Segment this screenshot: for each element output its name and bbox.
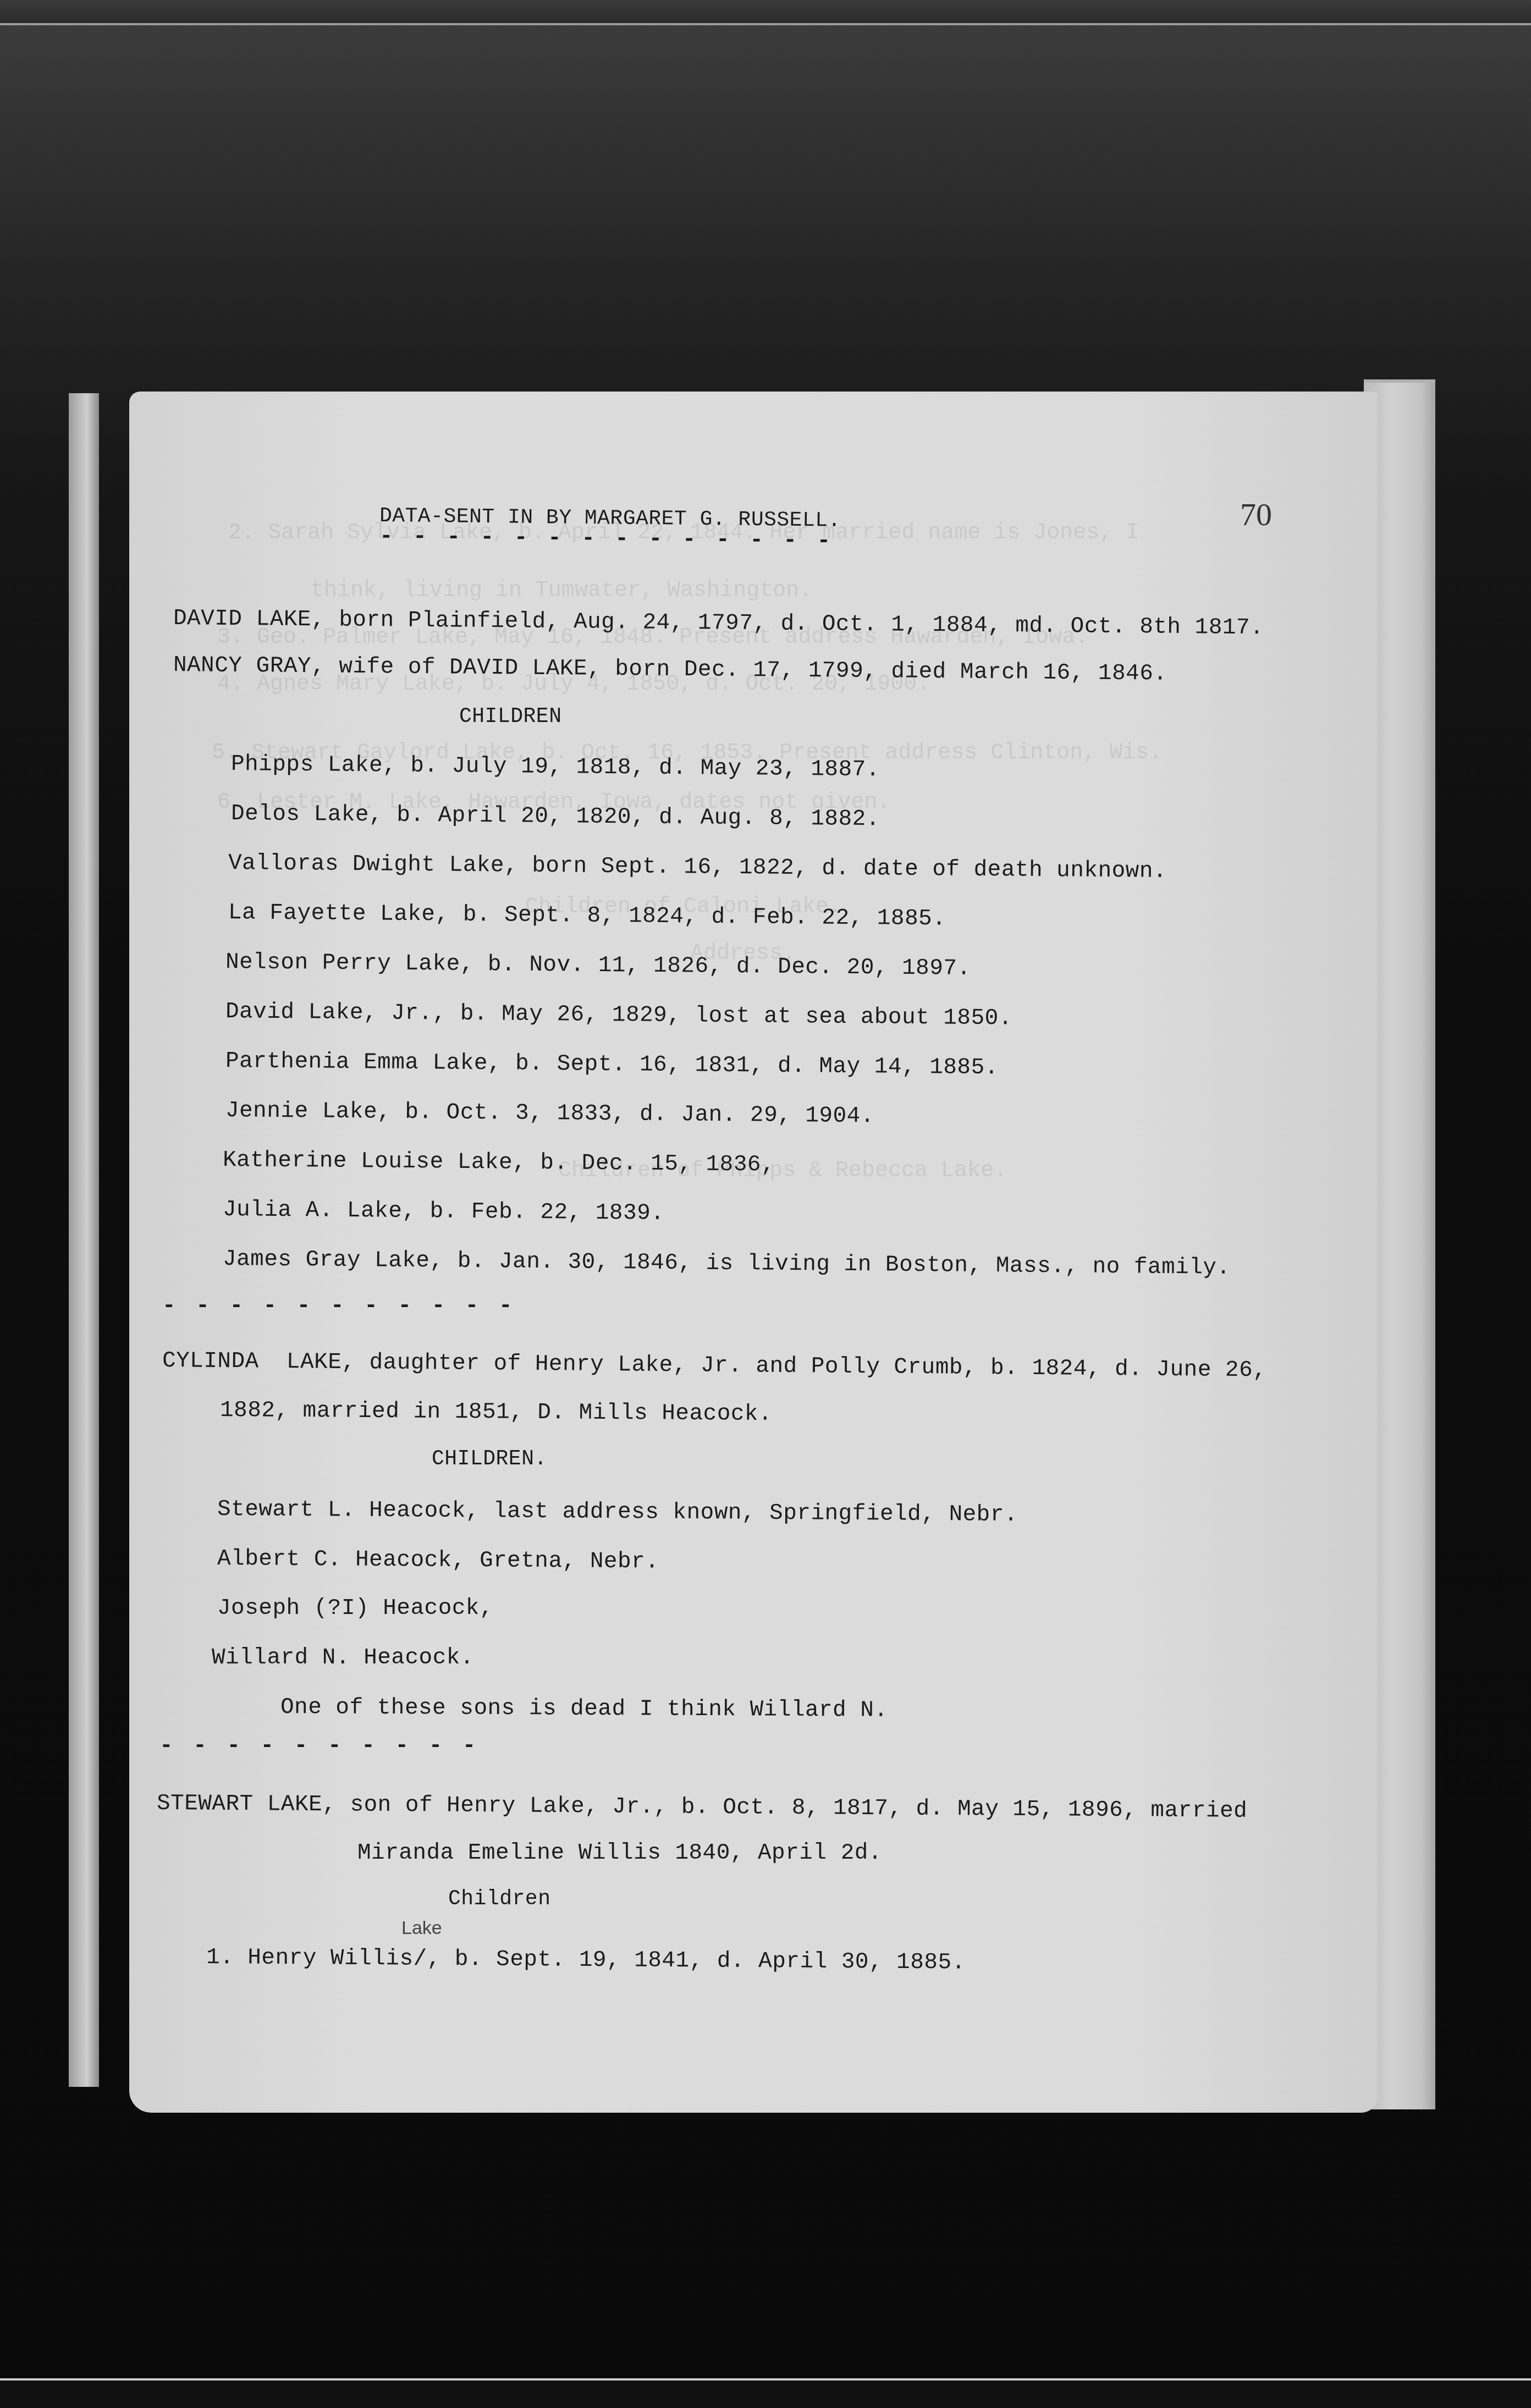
child-record: David Lake, Jr., b. May 26, 1829, lost a… — [225, 999, 1012, 1031]
section-separator: - - - - - - - - - - — [159, 1733, 479, 1759]
film-bottom-edge — [0, 2378, 1531, 2408]
cylinda-lake-record: CYLINDA LAKE, daughter of Henry Lake, Jr… — [162, 1348, 1267, 1384]
film-top-edge — [0, 0, 1531, 25]
handwritten-insertion: Lake — [401, 1917, 442, 1939]
bleed-through-line: think, living in Tumwater, Washington. — [311, 578, 812, 603]
child-record: Jennie Lake, b. Oct. 3, 1833, d. Jan. 29… — [225, 1098, 874, 1129]
stewart-lake-marriage: Miranda Emeline Willis 1840, April 2d. — [357, 1841, 882, 1866]
stewart-lake-record: STEWART LAKE, son of Henry Lake, Jr., b.… — [157, 1791, 1247, 1824]
header-underline: - - - - - - - - - - - - - - — [379, 524, 834, 554]
child-record: 1. Henry Willis/, b. Sept. 19, 1841, d. … — [206, 1945, 966, 1976]
child-record: Julia A. Lake, b. Feb. 22, 1839. — [223, 1197, 665, 1226]
child-record: Valloras Dwight Lake, born Sept. 16, 182… — [228, 851, 1167, 884]
document-page: 2. Sarah Sylvia Lake, b. April 22, 1844.… — [129, 392, 1378, 2113]
child-record: Katherine Louise Lake, b. Dec. 15, 1836, — [223, 1148, 775, 1178]
child-record: Nelson Perry Lake, b. Nov. 11, 1826, d. … — [225, 950, 971, 982]
children-heading: CHILDREN. — [432, 1447, 547, 1471]
section-separator: - - - - - - - - - - - — [162, 1293, 516, 1319]
child-record: James Gray Lake, b. Jan. 30, 1846, is li… — [223, 1247, 1231, 1281]
child-record: Parthenia Emma Lake, b. Sept. 16, 1831, … — [225, 1049, 999, 1081]
child-record: Albert C. Heacock, Gretna, Nebr. — [217, 1546, 659, 1575]
note-text: One of these sons is dead I think Willar… — [280, 1695, 888, 1723]
child-record: Joseph (?I) Heacock, — [217, 1596, 493, 1621]
cylinda-lake-marriage: 1882, married in 1851, D. Mills Heacock. — [220, 1398, 772, 1427]
child-record: Delos Lake, b. April 20, 1820, d. Aug. 8… — [231, 801, 880, 832]
left-page-edge — [69, 393, 99, 2087]
child-record: Phipps Lake, b. July 19, 1818, d. May 23… — [231, 752, 880, 783]
children-heading: CHILDREN — [459, 705, 561, 729]
page-number: 70 — [1240, 496, 1272, 533]
child-record: Willard N. Heacock. — [212, 1645, 474, 1671]
child-record: Stewart L. Heacock, last address known, … — [217, 1497, 1018, 1528]
children-heading: Children — [448, 1887, 550, 1911]
